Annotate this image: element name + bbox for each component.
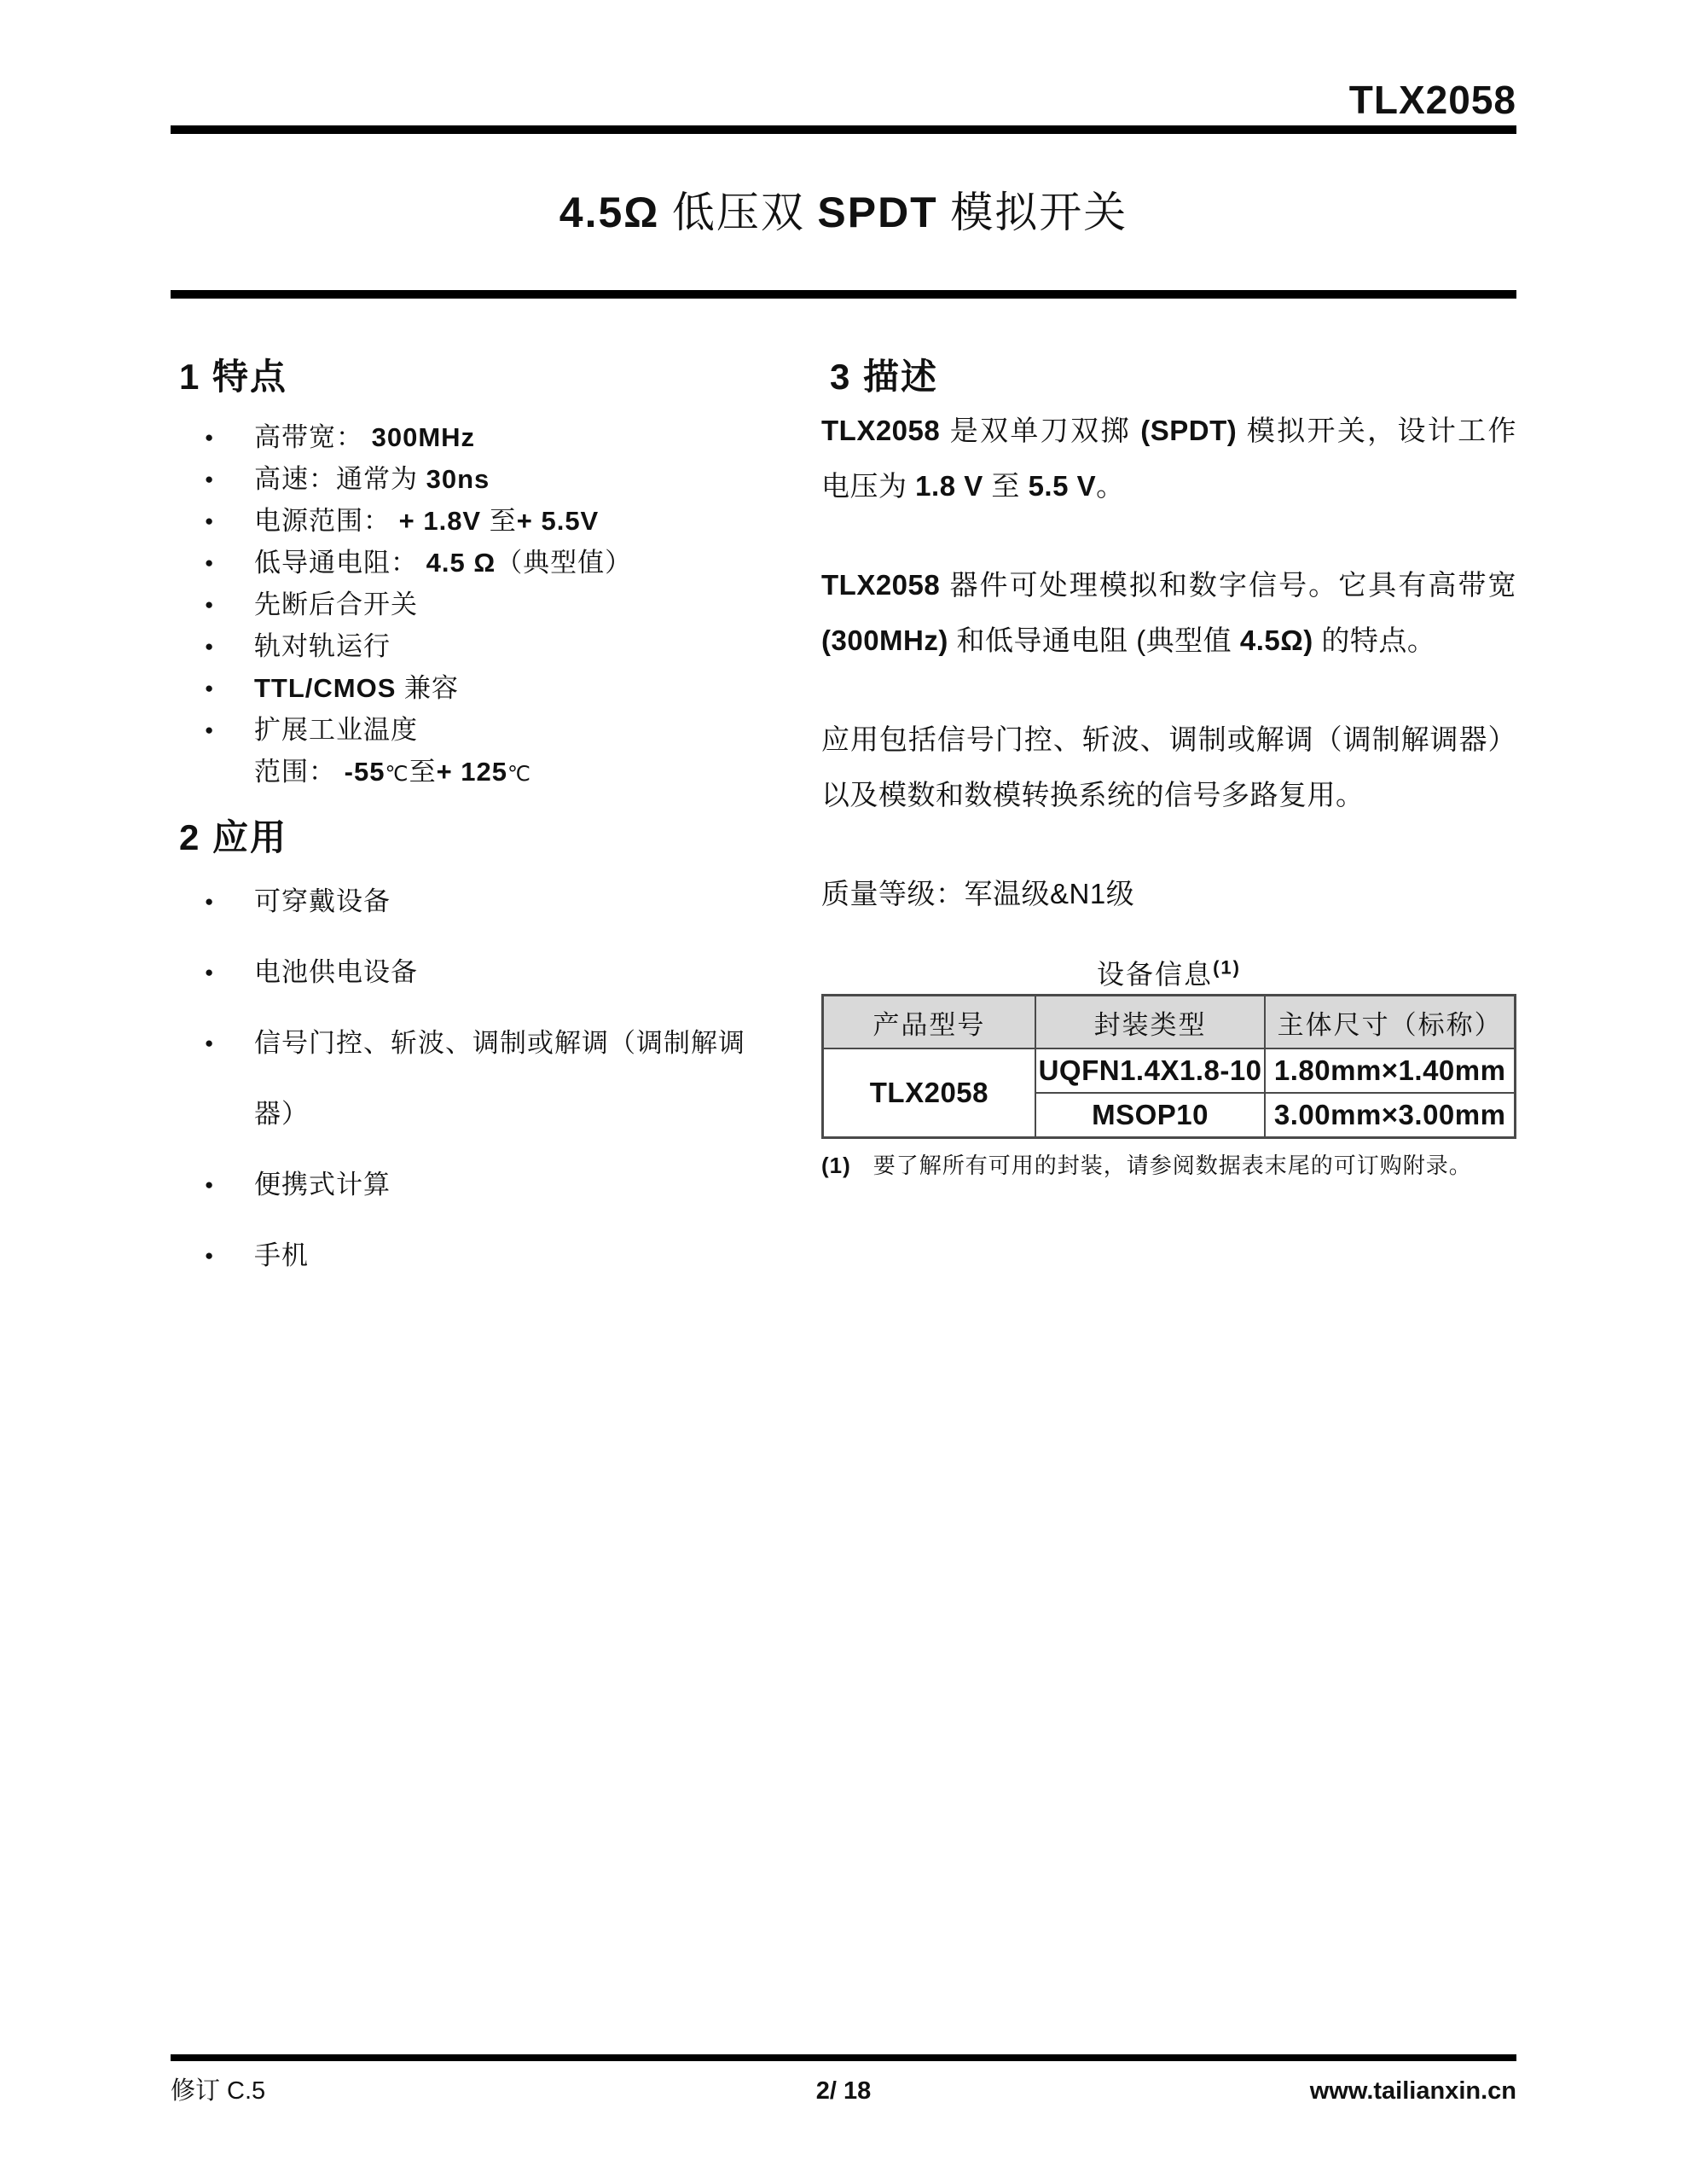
list-item: 便携式计算 bbox=[171, 1149, 768, 1220]
list-item: 轨对轨运行 bbox=[171, 625, 768, 667]
text-run: 300MHz bbox=[372, 422, 475, 452]
description-paragraph: 应用包括信号门控、斩波、调制或解调（调制解调器）以及模数和数模转换系统的信号多路… bbox=[821, 712, 1516, 822]
text-run: 先断后合开关 bbox=[254, 590, 418, 619]
list-item: 可穿戴设备 bbox=[171, 866, 768, 937]
text-run: 质量等级：军温级&N1级 bbox=[821, 878, 1134, 909]
text-run: 低导通电阻： bbox=[254, 548, 426, 578]
table-row: TLX2058 UQFN1.4X1.8-10 1.80mm×1.40mm bbox=[823, 1048, 1516, 1093]
text-run: ℃ bbox=[507, 763, 531, 786]
body-size-cell: 1.80mm×1.40mm bbox=[1265, 1048, 1515, 1093]
text-run: TTL/CMOS bbox=[254, 673, 396, 703]
col-header-body-size: 主体尺寸（标称） bbox=[1265, 996, 1515, 1049]
text-run: 是双单刀双掷 bbox=[940, 415, 1140, 446]
body-columns: 1 特点 高带宽： 300MHz高速：通常为 30ns电源范围： + 1.8V … bbox=[171, 355, 1516, 1291]
footer-rule bbox=[171, 2054, 1516, 2061]
text-run: + 125 bbox=[437, 757, 507, 787]
quality-grade-line: 质量等级：军温级&N1级 bbox=[821, 866, 1516, 921]
description-heading: 3 描述 bbox=[830, 355, 1516, 399]
text-run: 。 bbox=[1096, 470, 1125, 502]
revision-label: 修订 C.5 bbox=[171, 2071, 619, 2106]
text-run: 可穿戴设备 bbox=[254, 886, 391, 916]
page-footer: 修订 C.5 2/ 18 www.tailianxin.cn bbox=[171, 2054, 1516, 2106]
table-footnote: (1)要了解所有可用的封装，请参阅数据表末尾的可订购附录。 bbox=[821, 1151, 1516, 1180]
text-run: 4.5Ω bbox=[559, 189, 660, 236]
text-run: 手机 bbox=[254, 1240, 309, 1270]
text-run: （典型值） bbox=[496, 548, 632, 578]
text-run: 30ns bbox=[426, 464, 490, 494]
text-run: 4.5 Ω bbox=[426, 548, 496, 578]
features-list: 高带宽： 300MHz高速：通常为 30ns电源范围： + 1.8V 至+ 5.… bbox=[171, 416, 768, 795]
text-run: + 5.5V bbox=[517, 506, 600, 536]
list-item: 扩展工业温度范围： -55℃至+ 125℃ bbox=[171, 709, 768, 795]
list-item: 手机 bbox=[171, 1220, 768, 1291]
left-column: 1 特点 高带宽： 300MHz高速：通常为 30ns电源范围： + 1.8V … bbox=[171, 355, 768, 1291]
website-url: www.tailianxin.cn bbox=[1068, 2077, 1516, 2106]
datasheet-page: TLX2058 4.5Ω 低压双 SPDT 模拟开关 1 特点 高带宽： 300… bbox=[0, 0, 1687, 2184]
text-run: TLX2058 bbox=[821, 415, 940, 446]
part-number-cell: TLX2058 bbox=[823, 1048, 1035, 1138]
text-run: 范围： bbox=[254, 757, 345, 787]
device-info-caption-footnote-ref: (1) bbox=[1213, 956, 1241, 978]
text-run: 至 bbox=[409, 757, 437, 787]
list-item: 电池供电设备 bbox=[171, 937, 768, 1008]
list-item: TTL/CMOS 兼容 bbox=[171, 667, 768, 709]
header-rule bbox=[171, 125, 1516, 134]
device-info-caption: 设备信息(1) bbox=[821, 957, 1516, 991]
package-cell: MSOP10 bbox=[1035, 1093, 1266, 1138]
text-run: 兼容 bbox=[396, 673, 459, 703]
body-size-cell: 3.00mm×3.00mm bbox=[1265, 1093, 1515, 1138]
text-run: 至 bbox=[983, 470, 1029, 502]
device-info-caption-text: 设备信息 bbox=[1097, 959, 1213, 990]
text-run: 器件可处理模拟和数字信号。它具有高带宽 bbox=[940, 569, 1516, 601]
text-run: 低压双 bbox=[659, 189, 817, 236]
list-item: 高速：通常为 30ns bbox=[171, 458, 768, 500]
text-run: SPDT bbox=[817, 189, 937, 236]
applications-list: 可穿戴设备电池供电设备信号门控、斩波、调制或解调（调制解调器）便携式计算手机 bbox=[171, 866, 768, 1291]
text-run: 电池供电设备 bbox=[254, 957, 418, 987]
footnote-number: (1) bbox=[821, 1153, 851, 1178]
list-item: 低导通电阻： 4.5 Ω（典型值） bbox=[171, 542, 768, 584]
list-item: 电源范围： + 1.8V 至+ 5.5V bbox=[171, 500, 768, 542]
applications-heading: 2 应用 bbox=[179, 816, 768, 860]
col-header-part-number: 产品型号 bbox=[823, 996, 1035, 1049]
text-run: 高速：通常为 bbox=[254, 464, 426, 494]
list-item: 先断后合开关 bbox=[171, 584, 768, 625]
text-run: 1.8 V bbox=[915, 470, 983, 502]
text-run: TLX2058 bbox=[821, 569, 940, 601]
text-run: 轨对轨运行 bbox=[254, 631, 391, 661]
text-run: + 1.8V bbox=[399, 506, 482, 536]
description-paragraph: TLX2058 器件可处理模拟和数字信号。它具有高带宽 (300MHz) 和低导… bbox=[821, 557, 1516, 668]
text-run: 应用包括信号门控、斩波、调制或解调（调制解调器）以及模数和数模转换系统的信号多路… bbox=[821, 723, 1516, 810]
text-run: 高带宽： bbox=[254, 422, 372, 452]
text-run: 模拟开关 bbox=[938, 189, 1128, 236]
device-info-table: 产品型号 封装类型 主体尺寸（标称） TLX2058 UQFN1.4X1.8-1… bbox=[821, 994, 1516, 1139]
description-paragraph: TLX2058 是双单刀双掷 (SPDT) 模拟开关，设计工作电压为 1.8 V… bbox=[821, 403, 1516, 514]
col-header-package-type: 封装类型 bbox=[1035, 996, 1266, 1049]
product-name-header: TLX2058 bbox=[171, 80, 1516, 119]
list-item: 信号门控、斩波、调制或解调（调制解调器） bbox=[171, 1008, 768, 1149]
right-column: 3 描述 TLX2058 是双单刀双掷 (SPDT) 模拟开关，设计工作电压为 … bbox=[821, 355, 1516, 1291]
text-run: 4.5Ω) bbox=[1240, 624, 1313, 656]
text-run: ℃ bbox=[385, 763, 409, 786]
text-run: 5.5 V bbox=[1029, 470, 1097, 502]
text-run: (SPDT) bbox=[1140, 415, 1237, 446]
package-cell: UQFN1.4X1.8-10 bbox=[1035, 1048, 1266, 1093]
text-run: 电源范围： bbox=[254, 506, 399, 536]
text-run: 至 bbox=[481, 506, 517, 536]
text-run: -55 bbox=[345, 757, 386, 787]
table-header-row: 产品型号 封装类型 主体尺寸（标称） bbox=[823, 996, 1516, 1049]
list-item: 高带宽： 300MHz bbox=[171, 416, 768, 458]
text-run: 扩展工业温度 bbox=[254, 715, 418, 745]
footnote-text: 要了解所有可用的封装，请参阅数据表末尾的可订购附录。 bbox=[873, 1153, 1472, 1178]
document-title: 4.5Ω 低压双 SPDT 模拟开关 bbox=[171, 185, 1516, 241]
text-run: 便携式计算 bbox=[254, 1170, 391, 1199]
title-rule bbox=[171, 290, 1516, 299]
page-number: 2/ 18 bbox=[619, 2077, 1068, 2106]
text-run: 的特点。 bbox=[1313, 624, 1436, 656]
text-run: 信号门控、斩波、调制或解调（调制解调器） bbox=[254, 1028, 745, 1129]
text-run: (300MHz) bbox=[821, 624, 948, 656]
features-heading: 1 特点 bbox=[179, 355, 768, 399]
text-run: 和低导通电阻 (典型值 bbox=[948, 624, 1240, 656]
